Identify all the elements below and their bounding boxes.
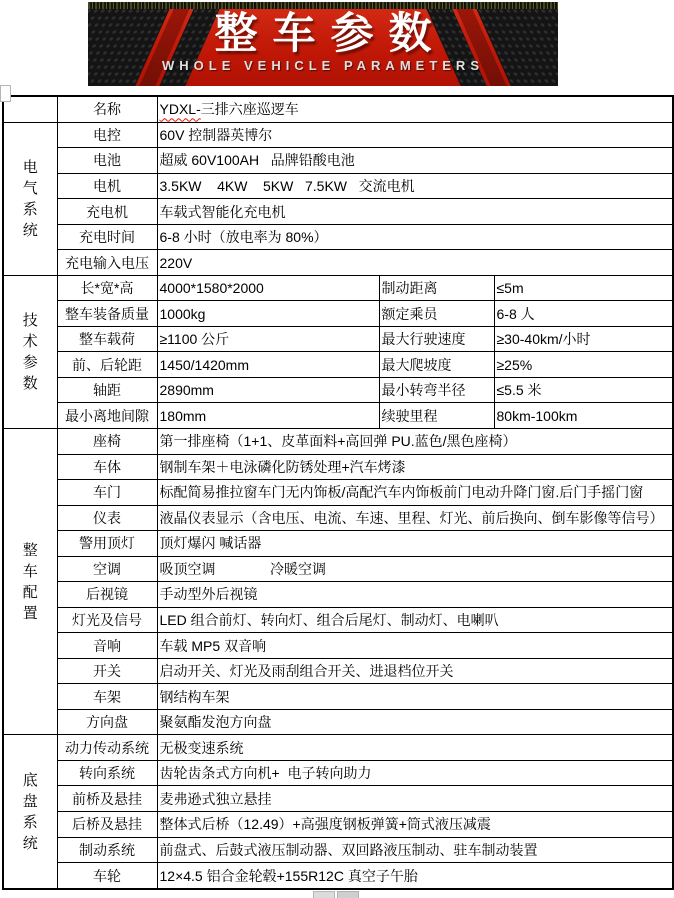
table-row: 空调吸顶空调 冷暖空调: [3, 556, 673, 582]
row-label-2: 最大爬坡度: [379, 352, 494, 378]
row-value: 钢制车架＋电泳磷化防锈处理+汽车烤漆: [157, 454, 673, 480]
row-label: 充电机: [57, 199, 157, 225]
row-value: 180mm: [157, 403, 379, 429]
row-label: 空调: [57, 556, 157, 582]
row-value: 车载式智能化充电机: [157, 199, 673, 225]
table-row: 电机3.5KW 4KW 5KW 7.5KW 交流电机: [3, 173, 673, 199]
row-label-2: 续驶里程: [379, 403, 494, 429]
row-value-2: ≥30-40km/小时: [494, 326, 673, 352]
row-label: 前、后轮距: [57, 352, 157, 378]
table-row: 车门标配简易推拉窗车门无内饰板/高配汽车内饰板前门电动升降门窗.后门手摇门窗: [3, 480, 673, 506]
row-label-2: 制动距离: [379, 275, 494, 301]
row-value: 手动型外后视镜: [157, 582, 673, 608]
table-row: 方向盘聚氨酯发泡方向盘: [3, 709, 673, 735]
row-value: 1000kg: [157, 301, 379, 327]
edge-artifact: [0, 85, 11, 102]
category-label: 底盘系统: [23, 770, 38, 854]
row-label: 灯光及信号: [57, 607, 157, 633]
row-label: 后桥及悬挂: [57, 811, 157, 837]
resize-handle: [313, 891, 335, 898]
row-label: 长*宽*高: [57, 275, 157, 301]
table-row: 最小离地间隙180mm续驶里程80km-100km: [3, 403, 673, 429]
parameters-table-body: 名称YDXL-三排六座巡逻车电气系统电控60V 控制器英博尔电池超威 60V10…: [3, 96, 673, 889]
category-cell-technical-params: 技术参数: [3, 275, 57, 428]
table-row: 前桥及悬挂麦弗逊式独立悬挂: [3, 786, 673, 812]
row-label: 车架: [57, 684, 157, 710]
row-label: 电控: [57, 122, 157, 148]
row-value: 220V: [157, 250, 673, 276]
row-label: 转向系统: [57, 760, 157, 786]
row-value: 4000*1580*2000: [157, 275, 379, 301]
row-value: 6-8 小时（放电率为 80%）: [157, 224, 673, 250]
row-label: 动力传动系统: [57, 735, 157, 761]
row-label: 电机: [57, 173, 157, 199]
table-row: 后视镜手动型外后视镜: [3, 582, 673, 608]
table-row: 车轮12×4.5 铝合金轮毂+155R12C 真空子午胎: [3, 863, 673, 889]
parameters-table: 名称YDXL-三排六座巡逻车电气系统电控60V 控制器英博尔电池超威 60V10…: [2, 95, 674, 890]
table-row: 技术参数长*宽*高4000*1580*2000制动距离≤5m: [3, 275, 673, 301]
row-label: 整车载荷: [57, 326, 157, 352]
table-row: 前、后轮距1450/1420mm最大爬坡度≥25%: [3, 352, 673, 378]
row-value: 齿轮齿条式方向机+ 电子转向助力: [157, 760, 673, 786]
row-value: 60V 控制器英博尔: [157, 122, 673, 148]
row-value: 液晶仪表显示（含电压、电流、车速、里程、灯光、前后换向、倒车影像等信号）: [157, 505, 673, 531]
row-label: 名称: [57, 96, 157, 122]
table-row: 轴距2890mm最小转弯半径≤5.5 米: [3, 377, 673, 403]
row-label: 电池: [57, 148, 157, 174]
row-value-2: 80km-100km: [494, 403, 673, 429]
resize-handle: [337, 891, 359, 898]
row-value: 吸顶空调 冷暖空调: [157, 556, 673, 582]
table-row: 音响车载 MP5 双音响: [3, 633, 673, 659]
table-row: 整车配置座椅第一排座椅（1+1、皮革面料+高回弹 PU.蓝色/黑色座椅）: [3, 429, 673, 455]
table-row: 车架钢结构车架: [3, 684, 673, 710]
row-label-2: 最大行驶速度: [379, 326, 494, 352]
table-row: 灯光及信号LED 组合前灯、转向灯、组合后尾灯、制动灯、电喇叭: [3, 607, 673, 633]
row-value-2: ≤5m: [494, 275, 673, 301]
row-label: 仪表: [57, 505, 157, 531]
row-label: 座椅: [57, 429, 157, 455]
table-row: 开关启动开关、灯光及雨刮组合开关、进退档位开关: [3, 658, 673, 684]
table-row: 仪表液晶仪表显示（含电压、电流、车速、里程、灯光、前后换向、倒车影像等信号）: [3, 505, 673, 531]
row-value: 第一排座椅（1+1、皮革面料+高回弹 PU.蓝色/黑色座椅）: [157, 429, 673, 455]
row-label: 车体: [57, 454, 157, 480]
row-label-2: 最小转弯半径: [379, 377, 494, 403]
table-row: 充电输入电压220V: [3, 250, 673, 276]
row-label: 充电时间: [57, 224, 157, 250]
table-row: 车体钢制车架＋电泳磷化防锈处理+汽车烤漆: [3, 454, 673, 480]
row-value: 1450/1420mm: [157, 352, 379, 378]
table-row: 制动系统前盘式、后鼓式液压制动器、双回路液压制动、驻车制动装置: [3, 837, 673, 863]
row-value: 钢结构车架: [157, 684, 673, 710]
row-value-2: ≥25%: [494, 352, 673, 378]
row-label: 警用顶灯: [57, 531, 157, 557]
row-value: 超威 60V100AH 品牌铅酸电池: [157, 148, 673, 174]
row-value-2: 6-8 人: [494, 301, 673, 327]
row-label: 车轮: [57, 863, 157, 889]
row-label: 整车装备质量: [57, 301, 157, 327]
row-value: LED 组合前灯、转向灯、组合后尾灯、制动灯、电喇叭: [157, 607, 673, 633]
misspelled-text: YDXL-: [160, 101, 201, 117]
row-label: 车门: [57, 480, 157, 506]
table-row: 电池超威 60V100AH 品牌铅酸电池: [3, 148, 673, 174]
banner-title: 整车参数: [88, 11, 558, 57]
row-label: 前桥及悬挂: [57, 786, 157, 812]
row-value: 前盘式、后鼓式液压制动器、双回路液压制动、驻车制动装置: [157, 837, 673, 863]
table-row: 后桥及悬挂整体式后桥（12.49）+高强度钢板弹簧+筒式液压减震: [3, 811, 673, 837]
row-value: YDXL-三排六座巡逻车: [157, 96, 673, 122]
row-value-2: ≤5.5 米: [494, 377, 673, 403]
row-label: 开关: [57, 658, 157, 684]
category-cell-electrical-system: 电气系统: [3, 122, 57, 275]
category-label: 整车配置: [23, 540, 38, 624]
row-value: 顶灯爆闪 喊话器: [157, 531, 673, 557]
category-cell-vehicle-config: 整车配置: [3, 429, 57, 735]
banner-top-texture: [88, 2, 558, 9]
row-label-2: 额定乘员: [379, 301, 494, 327]
row-value: 整体式后桥（12.49）+高强度钢板弹簧+筒式液压减震: [157, 811, 673, 837]
table-row: 转向系统齿轮齿条式方向机+ 电子转向助力: [3, 760, 673, 786]
row-value: 标配简易推拉窗车门无内饰板/高配汽车内饰板前门电动升降门窗.后门手摇门窗: [157, 480, 673, 506]
row-label: 最小离地间隙: [57, 403, 157, 429]
row-value: 启动开关、灯光及雨刮组合开关、进退档位开关: [157, 658, 673, 684]
row-value: 12×4.5 铝合金轮毂+155R12C 真空子午胎: [157, 863, 673, 889]
row-value: 聚氨酯发泡方向盘: [157, 709, 673, 735]
category-cell-name: [3, 96, 57, 122]
row-label: 轴距: [57, 377, 157, 403]
banner: 整车参数 WHOLE VEHICLE PARAMETERS: [88, 2, 558, 86]
category-label: 电气系统: [23, 157, 38, 241]
row-label: 方向盘: [57, 709, 157, 735]
row-value: 无极变速系统: [157, 735, 673, 761]
banner-subtitle: WHOLE VEHICLE PARAMETERS: [88, 58, 558, 73]
row-label: 后视镜: [57, 582, 157, 608]
row-value: 2890mm: [157, 377, 379, 403]
table-row: 底盘系统动力传动系统无极变速系统: [3, 735, 673, 761]
row-value: 麦弗逊式独立悬挂: [157, 786, 673, 812]
row-label: 音响: [57, 633, 157, 659]
category-label: 技术参数: [23, 310, 38, 394]
row-label: 制动系统: [57, 837, 157, 863]
category-cell-chassis-system: 底盘系统: [3, 735, 57, 889]
table-row: 整车载荷≥1100 公斤最大行驶速度≥30-40km/小时: [3, 326, 673, 352]
row-value: 车载 MP5 双音响: [157, 633, 673, 659]
table-row: 充电时间6-8 小时（放电率为 80%）: [3, 224, 673, 250]
row-value: 3.5KW 4KW 5KW 7.5KW 交流电机: [157, 173, 673, 199]
table-row: 警用顶灯顶灯爆闪 喊话器: [3, 531, 673, 557]
row-label: 充电输入电压: [57, 250, 157, 276]
table-row: 电气系统电控60V 控制器英博尔: [3, 122, 673, 148]
table-row: 充电机车载式智能化充电机: [3, 199, 673, 225]
table-row: 名称YDXL-三排六座巡逻车: [3, 96, 673, 122]
row-value: ≥1100 公斤: [157, 326, 379, 352]
table-row: 整车装备质量1000kg额定乘员6-8 人: [3, 301, 673, 327]
